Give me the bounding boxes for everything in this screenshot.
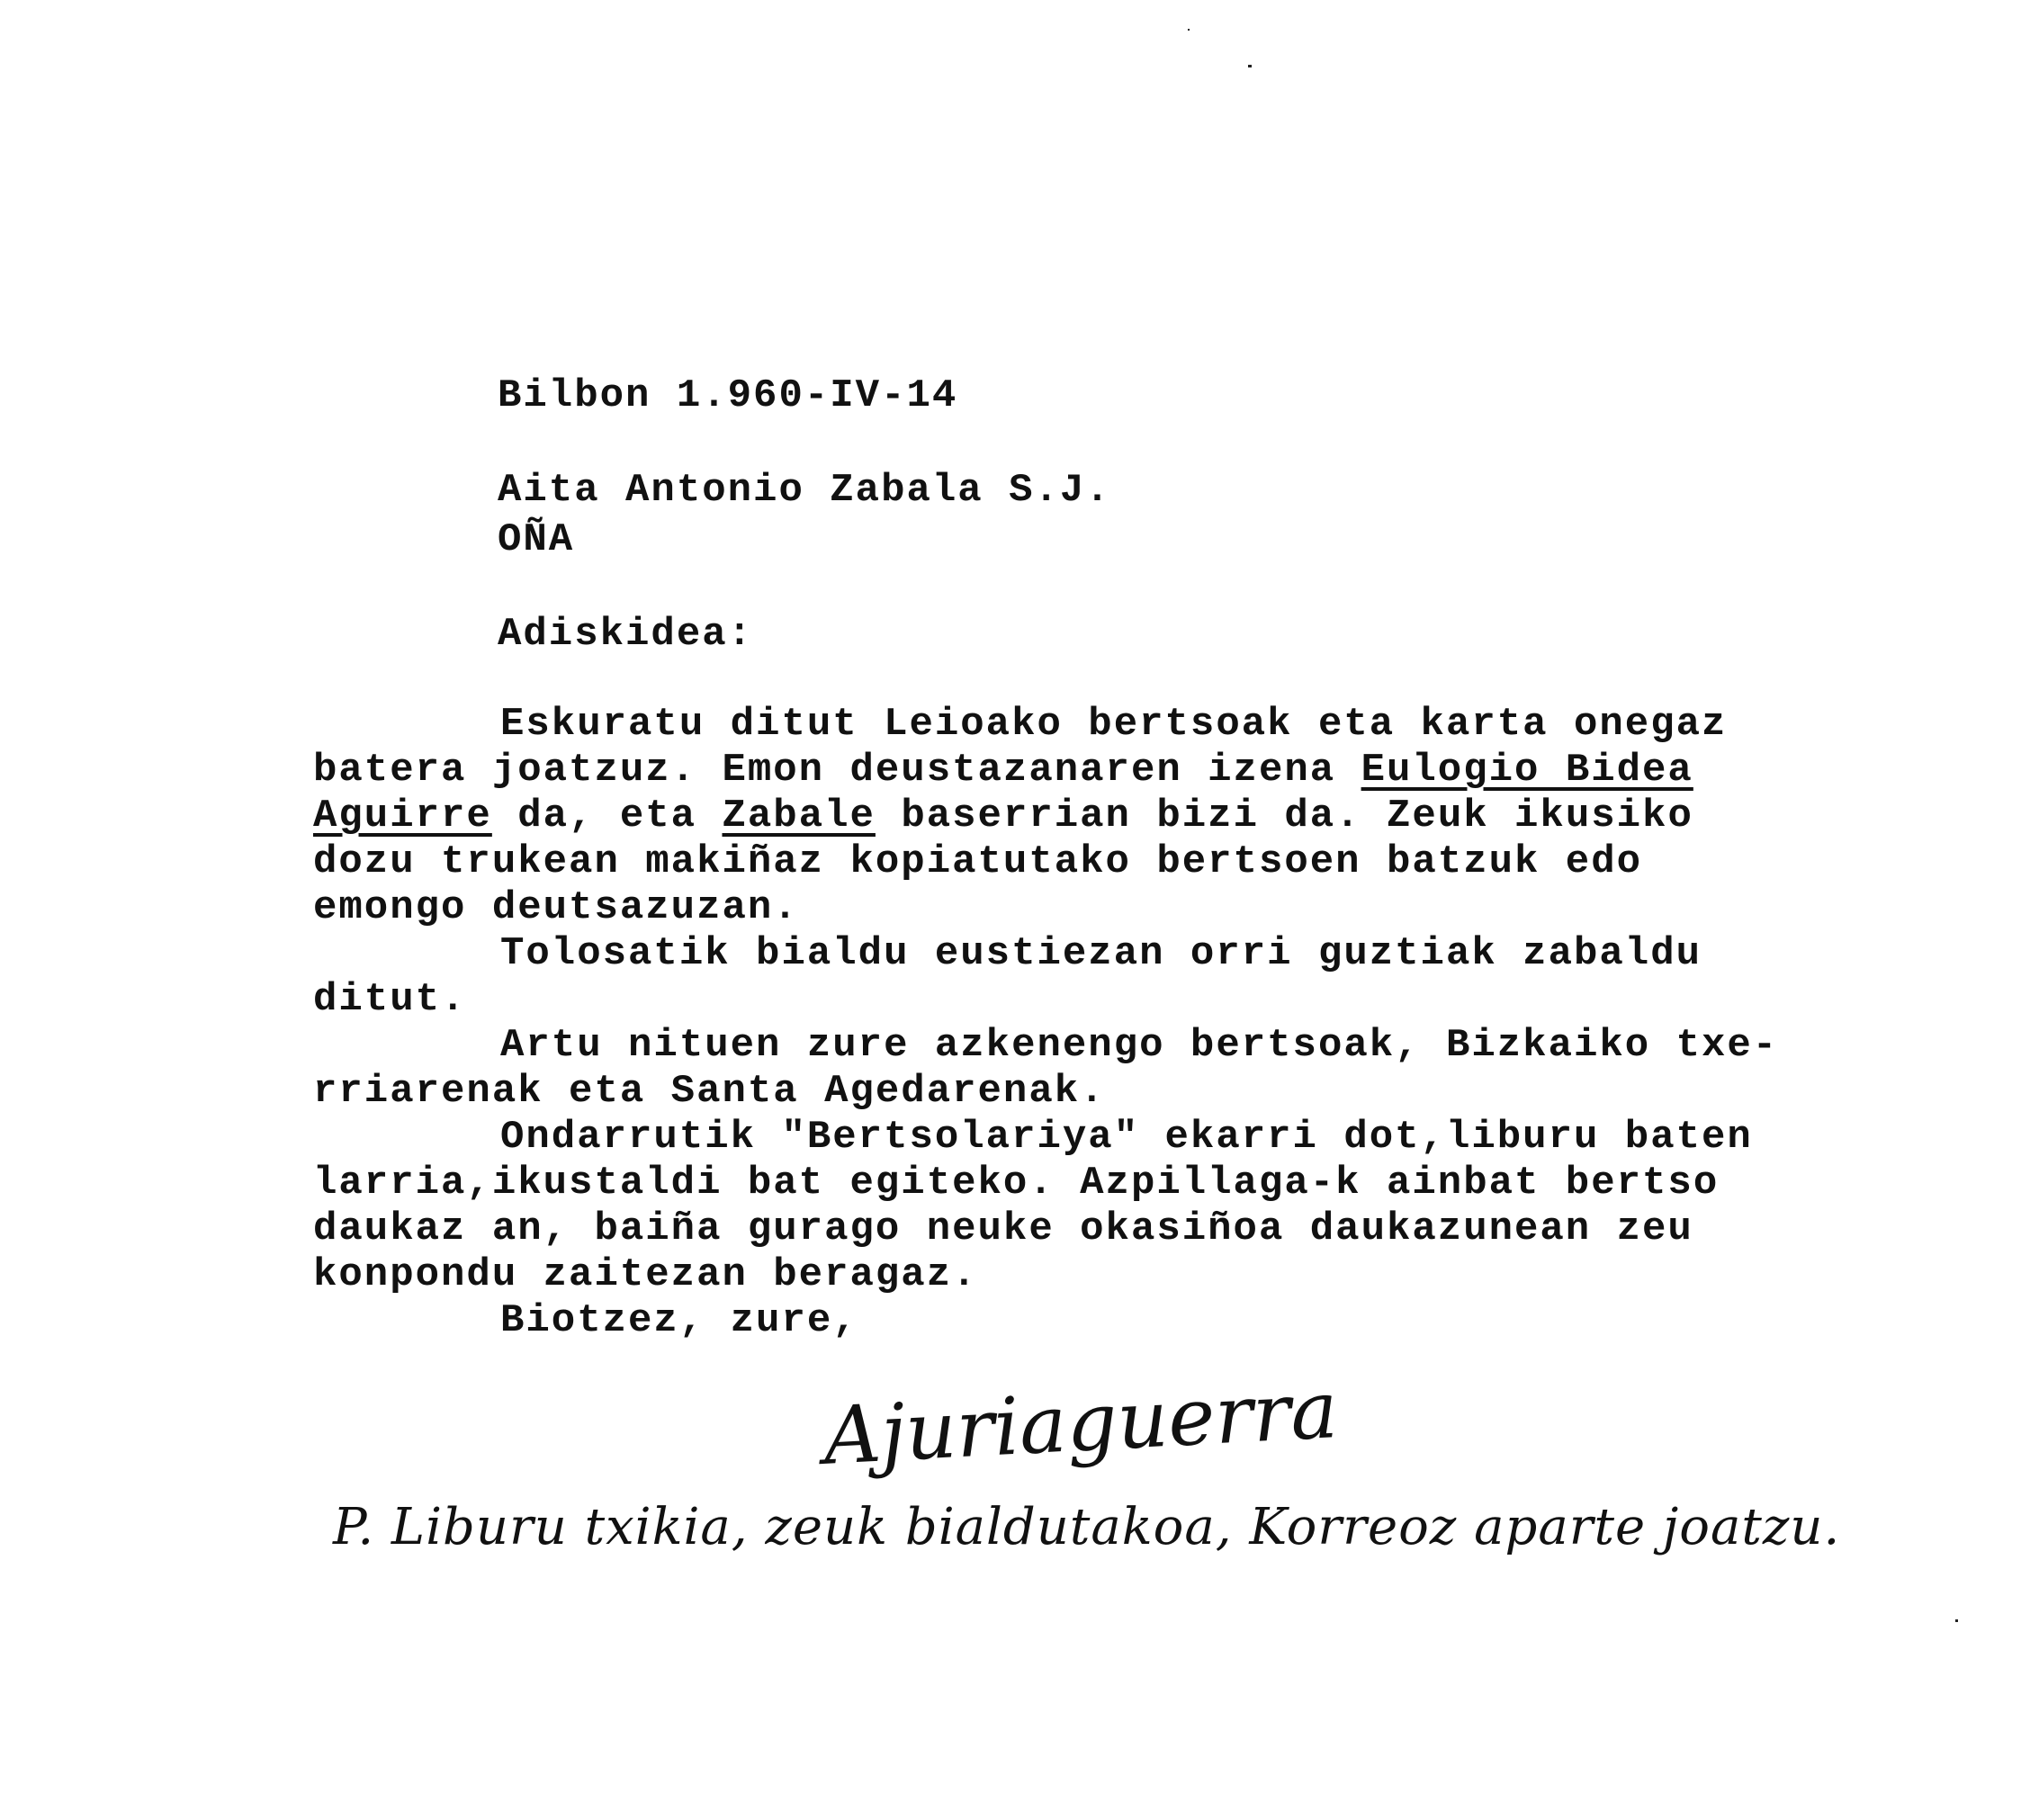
handwritten-postscript: P. Liburu txikia, zeuk bialdutakoa, Korr… bbox=[333, 1498, 1840, 1556]
body-line: Ondarrutik "Bertsolariya" ekarri dot,lib… bbox=[500, 1115, 1753, 1161]
paper-speck bbox=[1955, 1619, 1958, 1622]
body-line: Tolosatik bialdu eustiezan orri guztiak … bbox=[500, 931, 1702, 977]
body-line: konpondu zaitezan beragaz. bbox=[313, 1252, 978, 1298]
paper-speck bbox=[1188, 29, 1190, 31]
body-line: Aguirre da, eta Zabale baserrian bizi da… bbox=[313, 793, 1693, 839]
underlined-name: Eulogio Bidea bbox=[1361, 748, 1693, 793]
body-line: emongo deutsazuzan. bbox=[313, 885, 799, 931]
body-line: rriarenak eta Santa Agedarenak. bbox=[313, 1069, 1106, 1115]
recipient-place: OÑA bbox=[498, 517, 574, 563]
body-line: daukaz an, baiña gurago neuke okasiñoa d… bbox=[313, 1206, 1693, 1252]
underlined-place: Zabale bbox=[722, 793, 875, 838]
place-date: Bilbon 1.960-IV-14 bbox=[498, 373, 957, 419]
underlined-name: Aguirre bbox=[313, 793, 492, 838]
body-line: Artu nituen zure azkenengo bertsoak, Biz… bbox=[500, 1023, 1778, 1069]
closing: Biotzez, zure, bbox=[500, 1298, 858, 1344]
salutation: Adiskidea: bbox=[498, 612, 753, 658]
body-text: da, eta bbox=[492, 793, 723, 838]
body-line: dozu trukean makiñaz kopiatutako bertsoe… bbox=[313, 839, 1642, 885]
body-line: batera joatzuz. Emon deustazanaren izena… bbox=[313, 748, 1693, 793]
body-line: larria,ikustaldi bat egiteko. Azpillaga-… bbox=[313, 1161, 1719, 1206]
paper-speck bbox=[1248, 65, 1252, 67]
body-line: Eskuratu ditut Leioako bertsoak eta kart… bbox=[500, 702, 1727, 748]
body-line: ditut. bbox=[313, 977, 466, 1023]
recipient-name: Aita Antonio Zabala S.J. bbox=[498, 468, 1111, 514]
body-text: batera joatzuz. Emon deustazanaren izena bbox=[313, 748, 1361, 793]
handwritten-signature: Ajuriaguerra bbox=[822, 1363, 1340, 1483]
letter-page: Bilbon 1.960-IV-14 Aita Antonio Zabala S… bbox=[0, 0, 2030, 1820]
body-text: baserrian bizi da. Zeuk ikusiko bbox=[876, 793, 1693, 838]
